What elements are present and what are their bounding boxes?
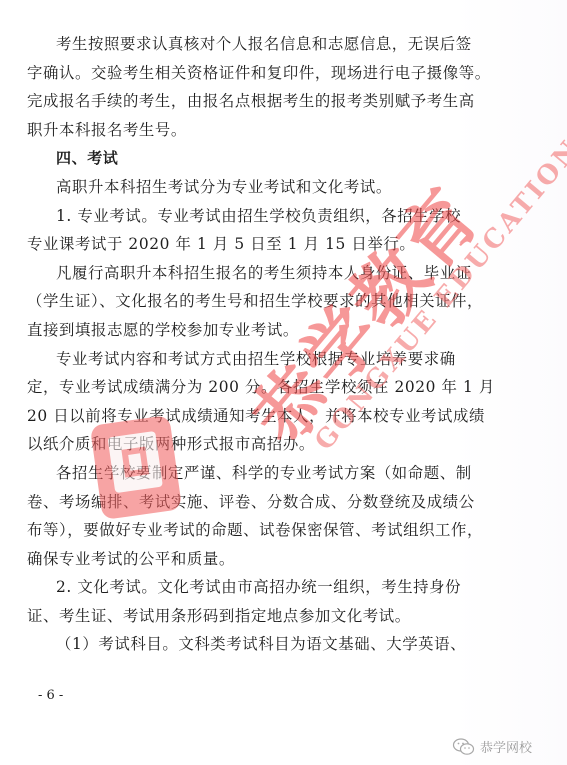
section-heading: 四、考试	[27, 144, 437, 173]
brand-name: 恭学网校	[480, 737, 532, 756]
paragraph-line: 职升本科报名考生号。	[27, 116, 437, 145]
paragraph-line: 布等），要做好专业考试的命题、试卷保密保管、考试组织工作，	[27, 516, 437, 545]
document-body: 考生按照要求认真核对个人报名信息和志愿信息，无误后签 字确认。交验考生相关资格证…	[27, 30, 437, 659]
paragraph-line: 完成报名手续的考生，由报名点根据考生的报考类别赋予考生高	[27, 87, 437, 116]
paragraph-line: 直接到填报志愿的学校参加专业考试。	[27, 316, 437, 345]
paragraph-line: 凡履行高职升本科招生报名的考生须持本人身份证、毕业证	[27, 259, 437, 288]
paragraph-line: 定，专业考试成绩满分为 200 分。各招生学校须在 2020 年 1 月	[27, 373, 437, 402]
paragraph-line: 确保专业考试的公平和质量。	[27, 545, 437, 574]
paragraph-line: 高职升本科招生考试分为专业考试和文化考试。	[27, 173, 437, 202]
paragraph-line: （学生证）、文化报名的考生号和招生学校要求的其他相关证件，	[27, 287, 437, 316]
wechat-icon	[452, 738, 476, 756]
document-page: 考生按照要求认真核对个人报名信息和志愿信息，无误后签 字确认。交验考生相关资格证…	[0, 0, 567, 765]
paragraph-line: 专业课考试于 2020 年 1 月 5 日至 1 月 15 日举行。	[27, 230, 437, 259]
paragraph-line: （1）考试科目。文科类考试科目为语文基础、大学英语、	[27, 630, 437, 659]
footer-brand: 恭学网校	[452, 737, 532, 756]
paragraph-line: 专业考试内容和考试方式由招生学校根据专业培养要求确	[27, 345, 437, 374]
paragraph-line: 证、考生证、考试用条形码到指定地点参加文化考试。	[27, 602, 437, 631]
paragraph-line: 各招生学校要制定严谨、科学的专业考试方案（如命题、制	[27, 459, 437, 488]
paragraph-line: 20 日以前将专业考试成绩通知考生本人，并将本校专业考试成绩	[27, 402, 437, 431]
paragraph-line: 以纸介质和电子版两种形式报市高招办。	[27, 430, 437, 459]
page-number: - 6 -	[38, 688, 63, 703]
paragraph-line: 考生按照要求认真核对个人报名信息和志愿信息，无误后签	[27, 30, 437, 59]
paragraph-line: 卷、考场编排、考试实施、评卷、分数合成、分数登统及成绩公	[27, 488, 437, 517]
paragraph-line: 1. 专业考试。专业考试由招生学校负责组织，各招生学校	[27, 202, 437, 231]
paragraph-line: 2. 文化考试。文化考试由市高招办统一组织，考生持身份	[27, 573, 437, 602]
paragraph-line: 字确认。交验考生相关资格证件和复印件，现场进行电子摄像等。	[27, 59, 437, 88]
